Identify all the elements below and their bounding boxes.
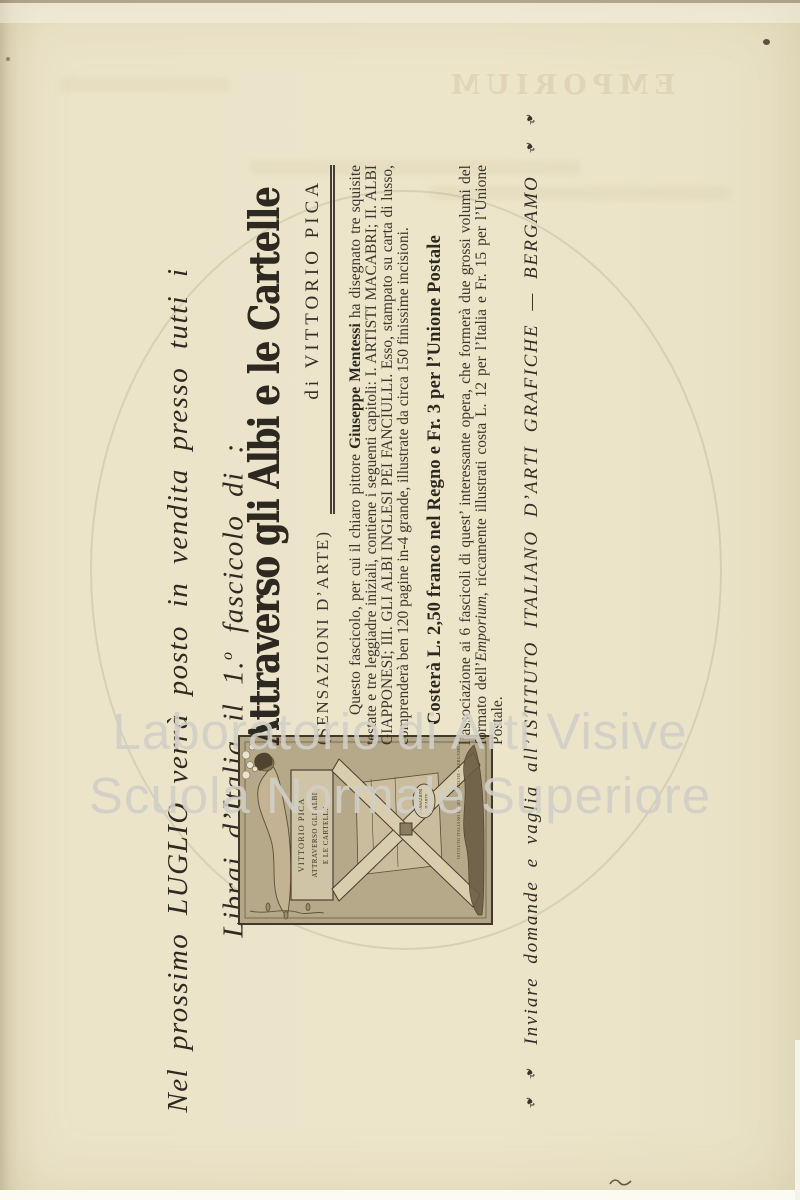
rotated-advertisement: Nel prossimo LUGLIO verrà posto in vendi… (150, 85, 570, 1135)
scan-top-band (0, 3, 800, 23)
library-watermark-line-2: Scuola Normale Superiore (0, 768, 800, 824)
fleuron-icon: ❧ (519, 108, 542, 130)
ink-dot (763, 39, 770, 45)
fleuron-icon: ❧ (519, 136, 542, 158)
artist-name: Giuseppe Mentessi (347, 323, 364, 449)
subtitle-row: (SENSAZIONI D’ARTE) di VITTORIO PICA (302, 165, 335, 745)
announcement-line-1: Nel prossimo LUGLIO verrà posto in vendi… (154, 245, 203, 1135)
library-watermark-line-1: Laboratorio di Arti Visive (0, 704, 800, 760)
scan-bottom-edge (0, 1190, 800, 1200)
publisher-line: ❧❧Inviare domande e vaglia all’ISTITUTO … (521, 85, 543, 1135)
book-author: di VITTORIO PICA (302, 165, 330, 400)
cover-illustration: VITTORIO PICA ATTRAVERSO GLI ALBI E LE C… (238, 735, 493, 925)
book-title: Attraverso gli Albi e le Cartelle (236, 165, 298, 745)
ink-dot (6, 57, 10, 61)
description-paragraph: Questo fascicolo, per cui il chiaro pitt… (348, 165, 412, 745)
price-line: Costerà L. 2,50 franco nel Regno e Fr. 3… (425, 165, 446, 745)
fleuron-icon: ❧ (519, 1091, 542, 1113)
magazine-name: Emporium (473, 596, 490, 661)
scanned-page: EMPORIUM Nel prossimo LUGLIO verrà posto… (0, 0, 800, 1200)
ordinal-superscript: o (219, 651, 236, 661)
author-double-rule: di VITTORIO PICA (302, 165, 335, 514)
ink-squiggle-mark (608, 1176, 634, 1188)
subscription-paragraph: l’associazione ai 6 fascicoli di quest’ … (458, 165, 506, 745)
scan-right-edge (795, 1040, 800, 1200)
advert-text-column: Attraverso gli Albi e le Cartelle (SENSA… (236, 165, 506, 745)
publisher-text: Inviare domande e vaglia all’ISTITUTO IT… (521, 175, 542, 1044)
fleuron-icon: ❧ (519, 1062, 542, 1084)
